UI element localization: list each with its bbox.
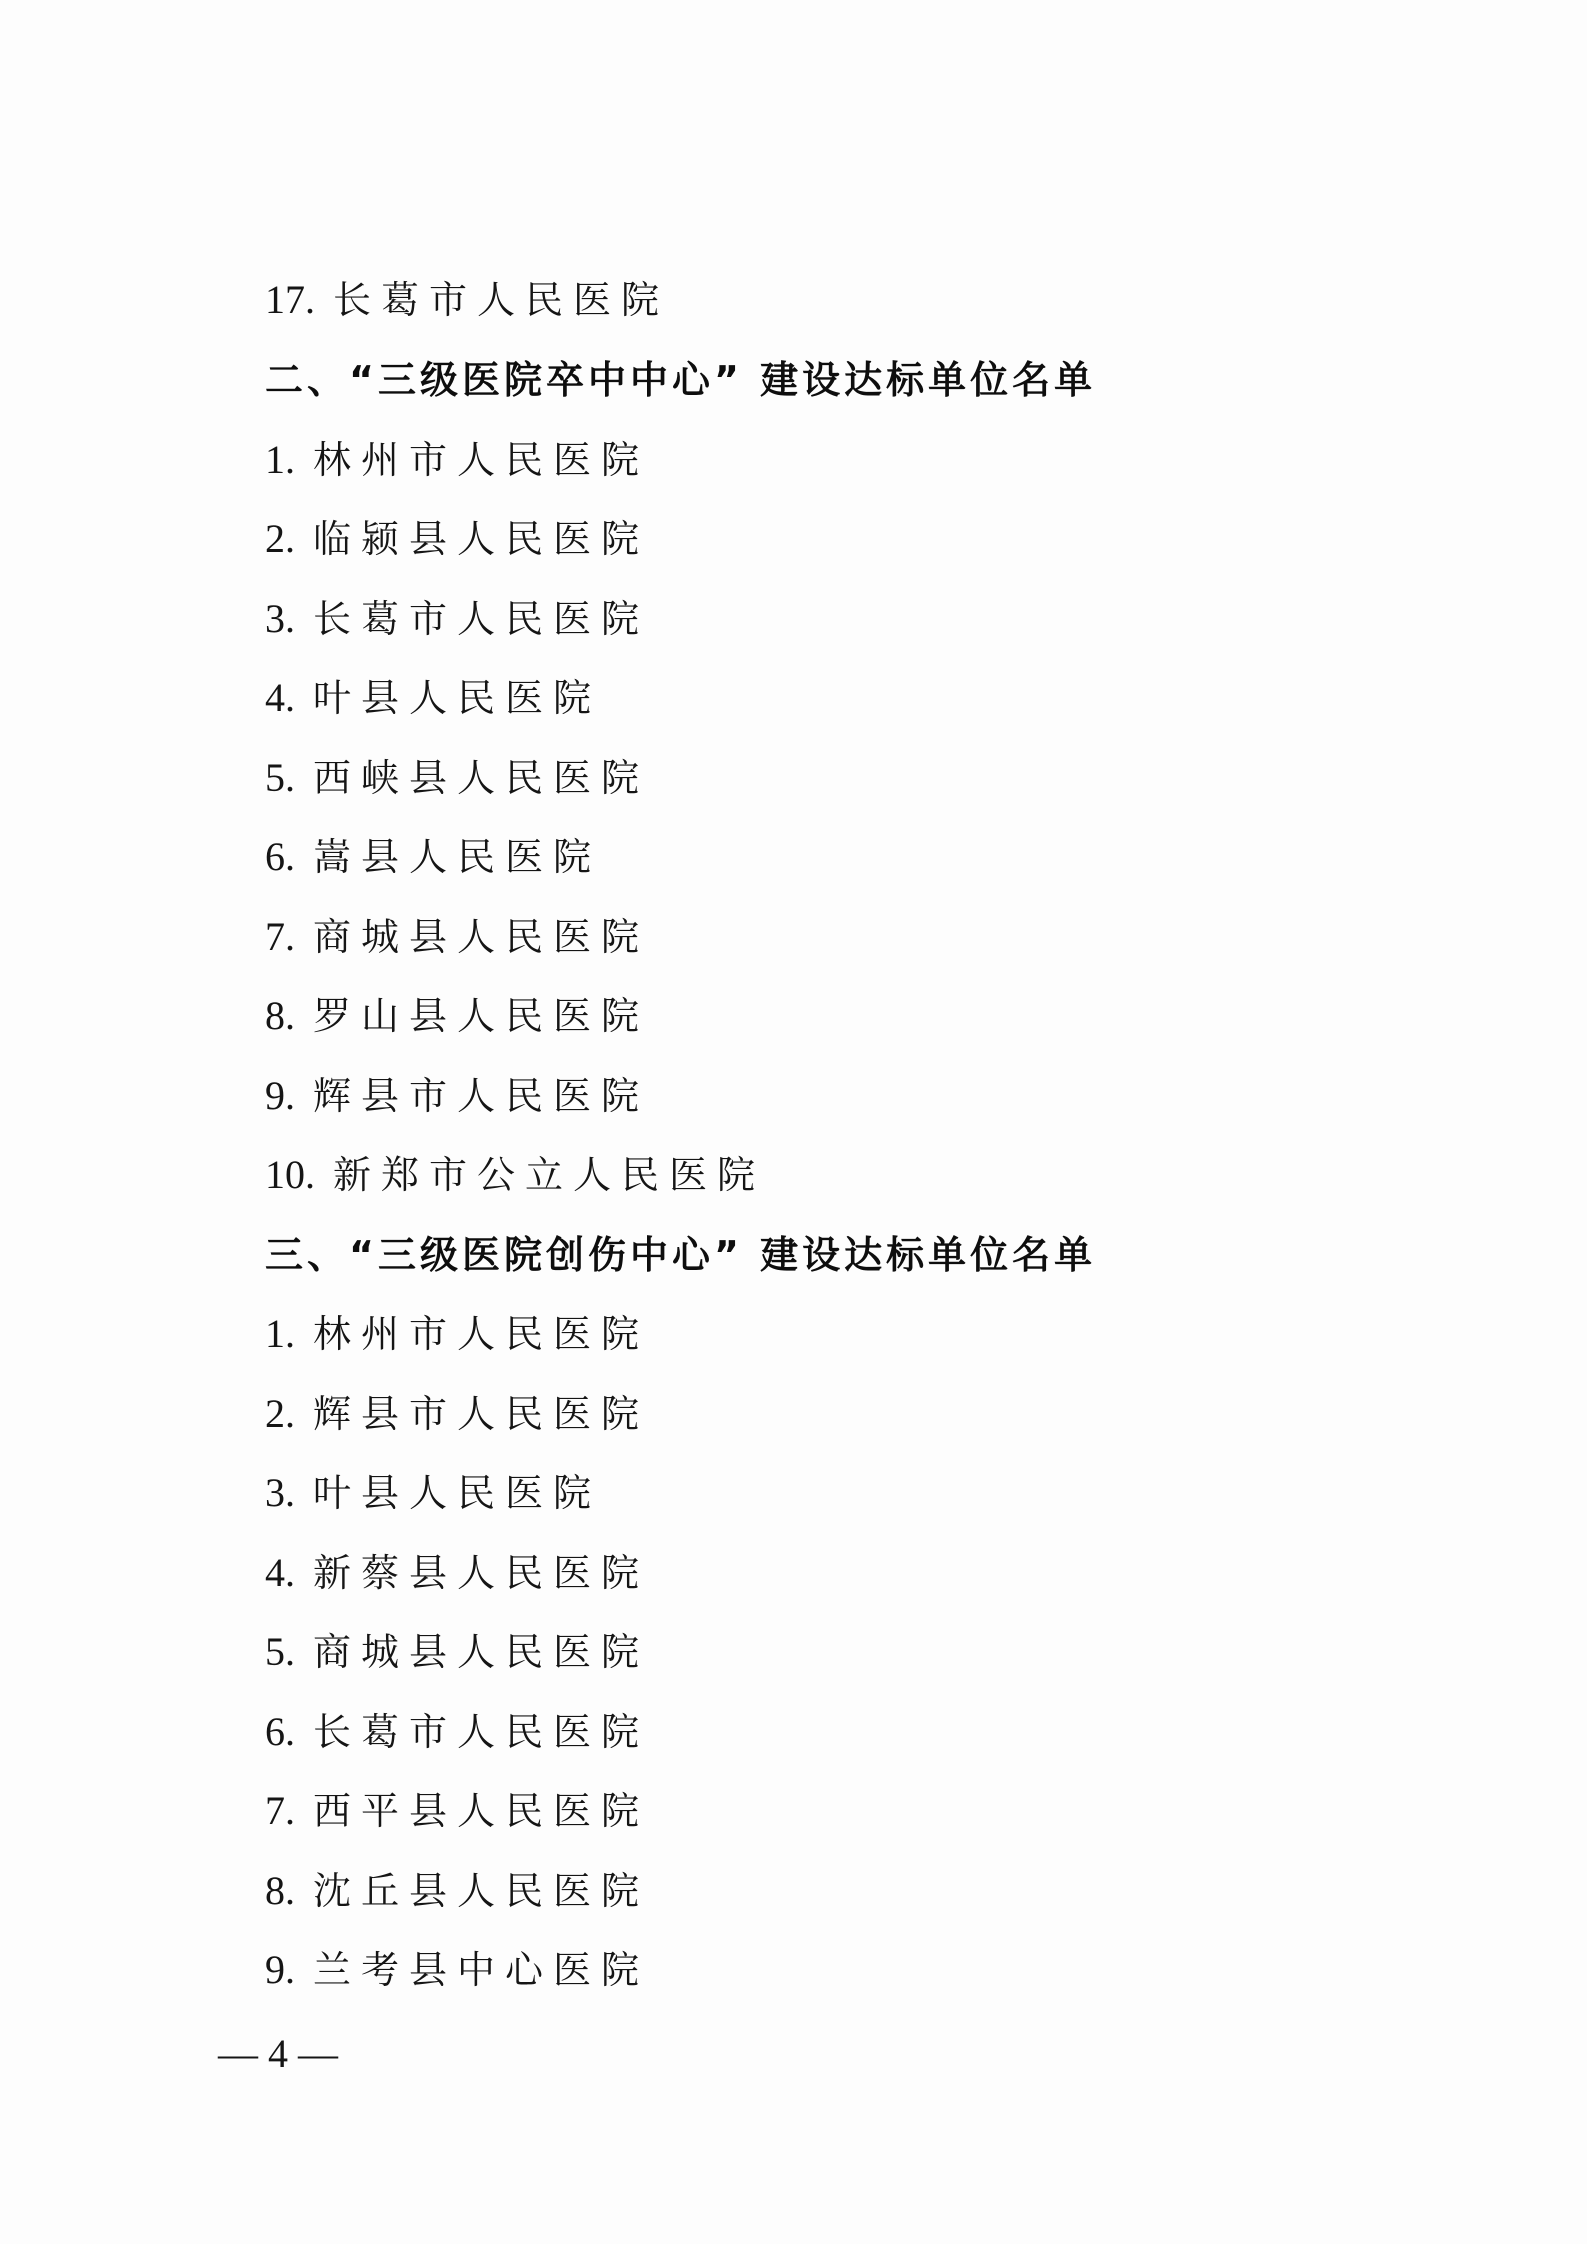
item-text: 辉县市人民医院	[313, 1074, 649, 1118]
item-text: 长葛市人民医院	[313, 597, 649, 641]
list-item: 8.沈丘县人民医院	[265, 1867, 649, 1915]
list-item: 6.长葛市人民医院	[265, 1708, 649, 1756]
item-text: 叶县人民医院	[313, 1471, 601, 1515]
item-number: 3.	[265, 1470, 295, 1515]
item-text: 长葛市人民医院	[333, 278, 669, 322]
item-number: 6.	[265, 834, 295, 879]
item-text: 林州市人民医院	[313, 438, 649, 482]
list-item: 17.长葛市人民医院	[265, 276, 669, 324]
list-item: 7.西平县人民医院	[265, 1787, 649, 1835]
list-item: 2.临颍县人民医院	[265, 515, 649, 563]
document-page: 17.长葛市人民医院 二、“三级医院卒中中心” 建设达标单位名单 1.林州市人民…	[0, 0, 1587, 2244]
item-number: 7.	[265, 914, 295, 959]
section-heading-trauma: 三、“三级医院创伤中心” 建设达标单位名单	[265, 1231, 1096, 1279]
item-text: 新郑市公立人民医院	[333, 1153, 765, 1197]
item-number: 4.	[265, 675, 295, 720]
item-text: 西峡县人民医院	[313, 756, 649, 800]
list-item: 10.新郑市公立人民医院	[265, 1151, 765, 1199]
list-item: 7.商城县人民医院	[265, 913, 649, 961]
list-item: 3.长葛市人民医院	[265, 595, 649, 643]
list-item: 4.新蔡县人民医院	[265, 1549, 649, 1597]
item-number: 2.	[265, 516, 295, 561]
item-text: 沈丘县人民医院	[313, 1869, 649, 1913]
list-item: 1.林州市人民医院	[265, 436, 649, 484]
item-text: 兰考县中心医院	[313, 1948, 649, 1992]
item-number: 6.	[265, 1709, 295, 1754]
section-heading-stroke: 二、“三级医院卒中中心” 建设达标单位名单	[265, 356, 1096, 404]
item-number: 1.	[265, 1311, 295, 1356]
item-text: 林州市人民医院	[313, 1312, 649, 1356]
item-text: 嵩县人民医院	[313, 835, 601, 879]
item-number: 8.	[265, 1868, 295, 1913]
list-item: 6.嵩县人民医院	[265, 833, 601, 881]
list-item: 3.叶县人民医院	[265, 1469, 601, 1517]
item-text: 临颍县人民医院	[313, 517, 649, 561]
list-item: 4.叶县人民医院	[265, 674, 601, 722]
item-number: 5.	[265, 1629, 295, 1674]
item-number: 8.	[265, 993, 295, 1038]
list-item: 5.西峡县人民医院	[265, 754, 649, 802]
item-number: 4.	[265, 1550, 295, 1595]
item-number: 9.	[265, 1073, 295, 1118]
item-number: 1.	[265, 437, 295, 482]
item-number: 5.	[265, 755, 295, 800]
item-text: 商城县人民医院	[313, 1630, 649, 1674]
item-text: 新蔡县人民医院	[313, 1551, 649, 1595]
item-text: 辉县市人民医院	[313, 1392, 649, 1436]
page-number: — 4 —	[218, 2030, 338, 2077]
item-number: 9.	[265, 1947, 295, 1992]
list-item: 8.罗山县人民医院	[265, 992, 649, 1040]
list-item: 9.辉县市人民医院	[265, 1072, 649, 1120]
item-number: 10.	[265, 1152, 315, 1197]
item-text: 西平县人民医院	[313, 1789, 649, 1833]
item-number: 2.	[265, 1391, 295, 1436]
list-item: 1.林州市人民医院	[265, 1310, 649, 1358]
item-text: 叶县人民医院	[313, 676, 601, 720]
item-number: 7.	[265, 1788, 295, 1833]
list-item: 2.辉县市人民医院	[265, 1390, 649, 1438]
item-text: 商城县人民医院	[313, 915, 649, 959]
item-text: 罗山县人民医院	[313, 994, 649, 1038]
item-text: 长葛市人民医院	[313, 1710, 649, 1754]
list-item: 5.商城县人民医院	[265, 1628, 649, 1676]
item-number: 17.	[265, 277, 315, 322]
item-number: 3.	[265, 596, 295, 641]
list-item: 9.兰考县中心医院	[265, 1946, 649, 1994]
